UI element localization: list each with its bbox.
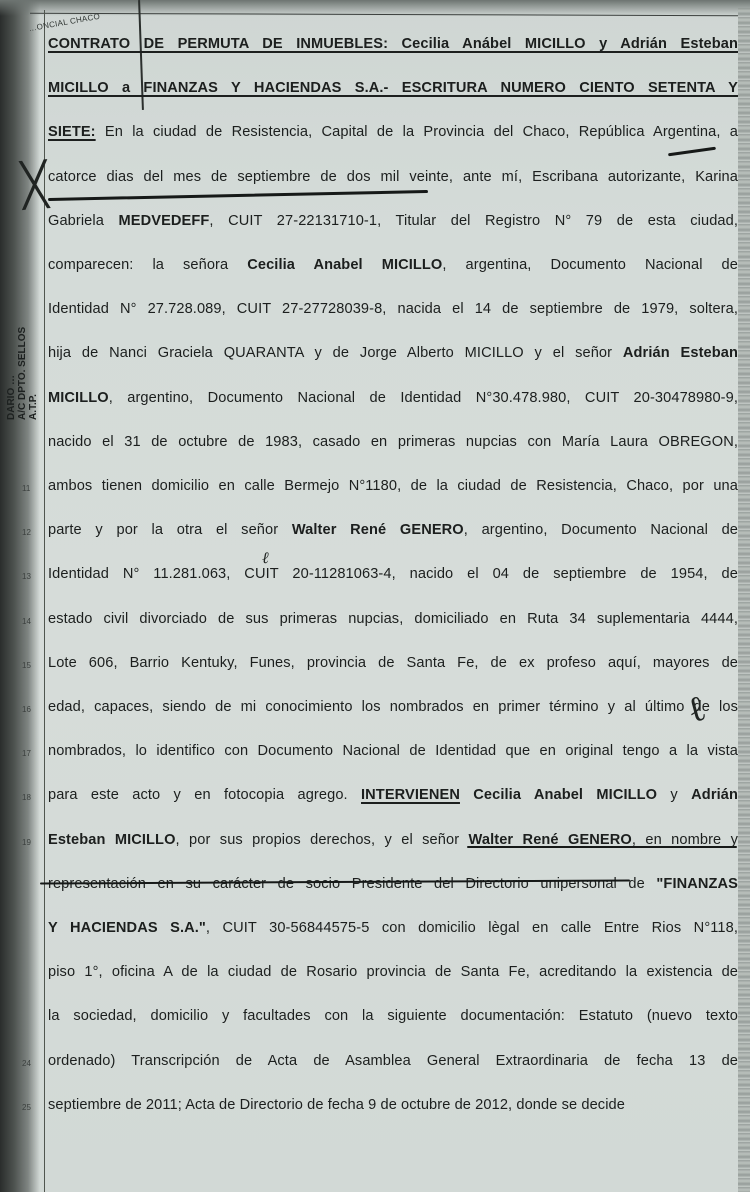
deed-text-line: piso 1°, oficina A de la ciudad de Rosar… bbox=[48, 964, 738, 980]
text-segment: En la ciudad de Resistencia, Capital de … bbox=[96, 124, 738, 140]
text-segment: catorce dias del mes de septiembre de do… bbox=[48, 169, 738, 185]
security-paper-border bbox=[738, 8, 750, 1192]
text-segment: "FINANZAS bbox=[656, 876, 738, 892]
text-segment: , argentino, Documento Nacional de Ident… bbox=[109, 390, 738, 406]
deed-text-line: catorce dias del mes de septiembre de do… bbox=[48, 169, 738, 185]
text-segment: la sociedad, domicilio y facultades con … bbox=[48, 1008, 738, 1024]
deed-text-line: Gabriela MEDVEDEFF, CUIT 27-22131710-1, … bbox=[48, 213, 738, 229]
text-segment: edad, capaces, siendo de mi conocimiento… bbox=[48, 699, 738, 715]
text-segment: ordenado) Transcripción de Acta de Asamb… bbox=[48, 1053, 738, 1069]
side-stamp-line: A/C DPTO. SELLOS bbox=[17, 327, 28, 420]
margin-line-number: 25 bbox=[22, 1103, 31, 1112]
deed-text-line: la sociedad, domicilio y facultades con … bbox=[48, 1008, 738, 1024]
margin-line-number: 12 bbox=[22, 528, 31, 537]
deed-text-line: nombrados, lo identifico con Documento N… bbox=[48, 743, 738, 759]
deed-text-line: nacido el 31 de octubre de 1983, casado … bbox=[48, 434, 738, 450]
deed-text-line: MICILLO a FINANZAS Y HACIENDAS S.A.- ESC… bbox=[48, 80, 738, 96]
text-segment: Walter René GENERO bbox=[292, 522, 464, 538]
text-segment: Cecilia Anábel MICILLO y Adrián Esteban bbox=[402, 36, 739, 52]
text-segment: , argentino, Documento Nacional de bbox=[464, 522, 738, 538]
text-segment: MEDVEDEFF bbox=[119, 213, 210, 229]
text-segment: para este acto y en fotocopia agrego. bbox=[48, 787, 361, 803]
deed-text-line: MICILLO, argentino, Documento Nacional d… bbox=[48, 390, 738, 406]
margin-line-number: 13 bbox=[22, 572, 31, 581]
margin-line-number: 16 bbox=[22, 705, 31, 714]
text-segment: septiembre de 2011; Acta de Directorio d… bbox=[48, 1097, 625, 1113]
text-segment: Adrián Esteban bbox=[623, 345, 738, 361]
margin-line-number: 24 bbox=[22, 1059, 31, 1068]
margin-line-number: 17 bbox=[22, 749, 31, 758]
deed-text-line: para este acto y en fotocopia agrego. IN… bbox=[48, 787, 738, 803]
side-stamp-line: DARIO … bbox=[6, 327, 17, 420]
deed-text-line: ordenado) Transcripción de Acta de Asamb… bbox=[48, 1053, 738, 1069]
text-segment: , CUIT 30-56844575-5 con domicilio lègal… bbox=[206, 920, 738, 936]
text-segment: INTERVIENEN bbox=[361, 787, 460, 803]
handwritten-underline bbox=[467, 846, 737, 848]
text-segment: SIETE: bbox=[48, 124, 96, 140]
text-segment: parte y por la otra el señor bbox=[48, 522, 292, 538]
side-stamp-line: A.T.P. bbox=[28, 327, 39, 420]
deed-text-line: Identidad N° 11.281.063, CUIT 20-1128106… bbox=[48, 566, 738, 582]
deed-text-line: Lote 606, Barrio Kentuky, Funes, provinc… bbox=[48, 655, 738, 671]
text-segment: y bbox=[657, 787, 691, 803]
deed-text-line: SIETE: En la ciudad de Resistencia, Capi… bbox=[48, 124, 738, 140]
deed-text-line: hija de Nanci Graciela QUARANTA y de Jor… bbox=[48, 345, 738, 361]
deed-text-line: edad, capaces, siendo de mi conocimiento… bbox=[48, 699, 738, 715]
text-segment: Identidad N° 11.281.063, CUIT 20-1128106… bbox=[48, 566, 738, 582]
margin-line-number: 14 bbox=[22, 617, 31, 626]
text-segment: estado civil divorciado de sus primeras … bbox=[48, 611, 738, 627]
text-segment: Esteban MICILLO bbox=[48, 832, 176, 848]
text-segment: hija de Nanci Graciela QUARANTA y de Jor… bbox=[48, 345, 623, 361]
text-segment: nacido el 31 de octubre de 1983, casado … bbox=[48, 434, 738, 450]
text-segment: Gabriela bbox=[48, 213, 119, 229]
deed-text-line: CONTRATO DE PERMUTA DE INMUEBLES: Cecili… bbox=[48, 36, 738, 52]
deed-text-line: comparecen: la señora Cecilia Anabel MIC… bbox=[48, 257, 738, 273]
deed-text-line: ambos tienen domicilio en calle Bermejo … bbox=[48, 478, 738, 494]
deed-text-line: parte y por la otra el señor Walter René… bbox=[48, 522, 738, 538]
margin-line-number: 18 bbox=[22, 793, 31, 802]
side-stamp: DARIO … A/C DPTO. SELLOS A.T.P. bbox=[6, 327, 39, 420]
text-segment: , CUIT 27-22131710-1, Titular del Regist… bbox=[209, 213, 738, 229]
text-segment: MICILLO a FINANZAS Y HACIENDAS S.A.- ESC… bbox=[48, 80, 738, 96]
text-segment: comparecen: la señora bbox=[48, 257, 247, 273]
text-segment: Y HACIENDAS S.A." bbox=[48, 920, 206, 936]
margin-line-number: 15 bbox=[22, 661, 31, 670]
handwritten-tick: ℓ bbox=[262, 548, 269, 568]
handwritten-x-mark: ╳ bbox=[20, 159, 49, 210]
margin-line-number: 19 bbox=[22, 838, 31, 847]
text-segment: Cecilia Anabel MICILLO bbox=[247, 257, 442, 273]
text-segment: Adrián bbox=[691, 787, 738, 803]
text-segment: piso 1°, oficina A de la ciudad de Rosar… bbox=[48, 964, 738, 980]
text-segment: Lote 606, Barrio Kentuky, Funes, provinc… bbox=[48, 655, 738, 671]
text-segment: Cecilia Anabel MICILLO bbox=[460, 787, 657, 803]
deed-text-line: estado civil divorciado de sus primeras … bbox=[48, 611, 738, 627]
margin-line-number: 11 bbox=[22, 484, 30, 493]
text-segment: nombrados, lo identifico con Documento N… bbox=[48, 743, 738, 759]
deed-text-line: septiembre de 2011; Acta de Directorio d… bbox=[48, 1097, 738, 1113]
text-segment: , argentina, Documento Nacional de bbox=[442, 257, 738, 273]
text-segment: Identidad N° 27.728.089, CUIT 27-2772803… bbox=[48, 301, 738, 317]
deed-text-line: Y HACIENDAS S.A.", CUIT 30-56844575-5 co… bbox=[48, 920, 738, 936]
text-segment: , por sus propios derechos, y el señor bbox=[176, 832, 469, 848]
text-segment: ambos tienen domicilio en calle Bermejo … bbox=[48, 478, 738, 494]
text-segment: CONTRATO DE PERMUTA DE INMUEBLES: bbox=[48, 36, 402, 52]
deed-text-line: Identidad N° 27.728.089, CUIT 27-2772803… bbox=[48, 301, 738, 317]
text-segment: MICILLO bbox=[48, 390, 109, 406]
